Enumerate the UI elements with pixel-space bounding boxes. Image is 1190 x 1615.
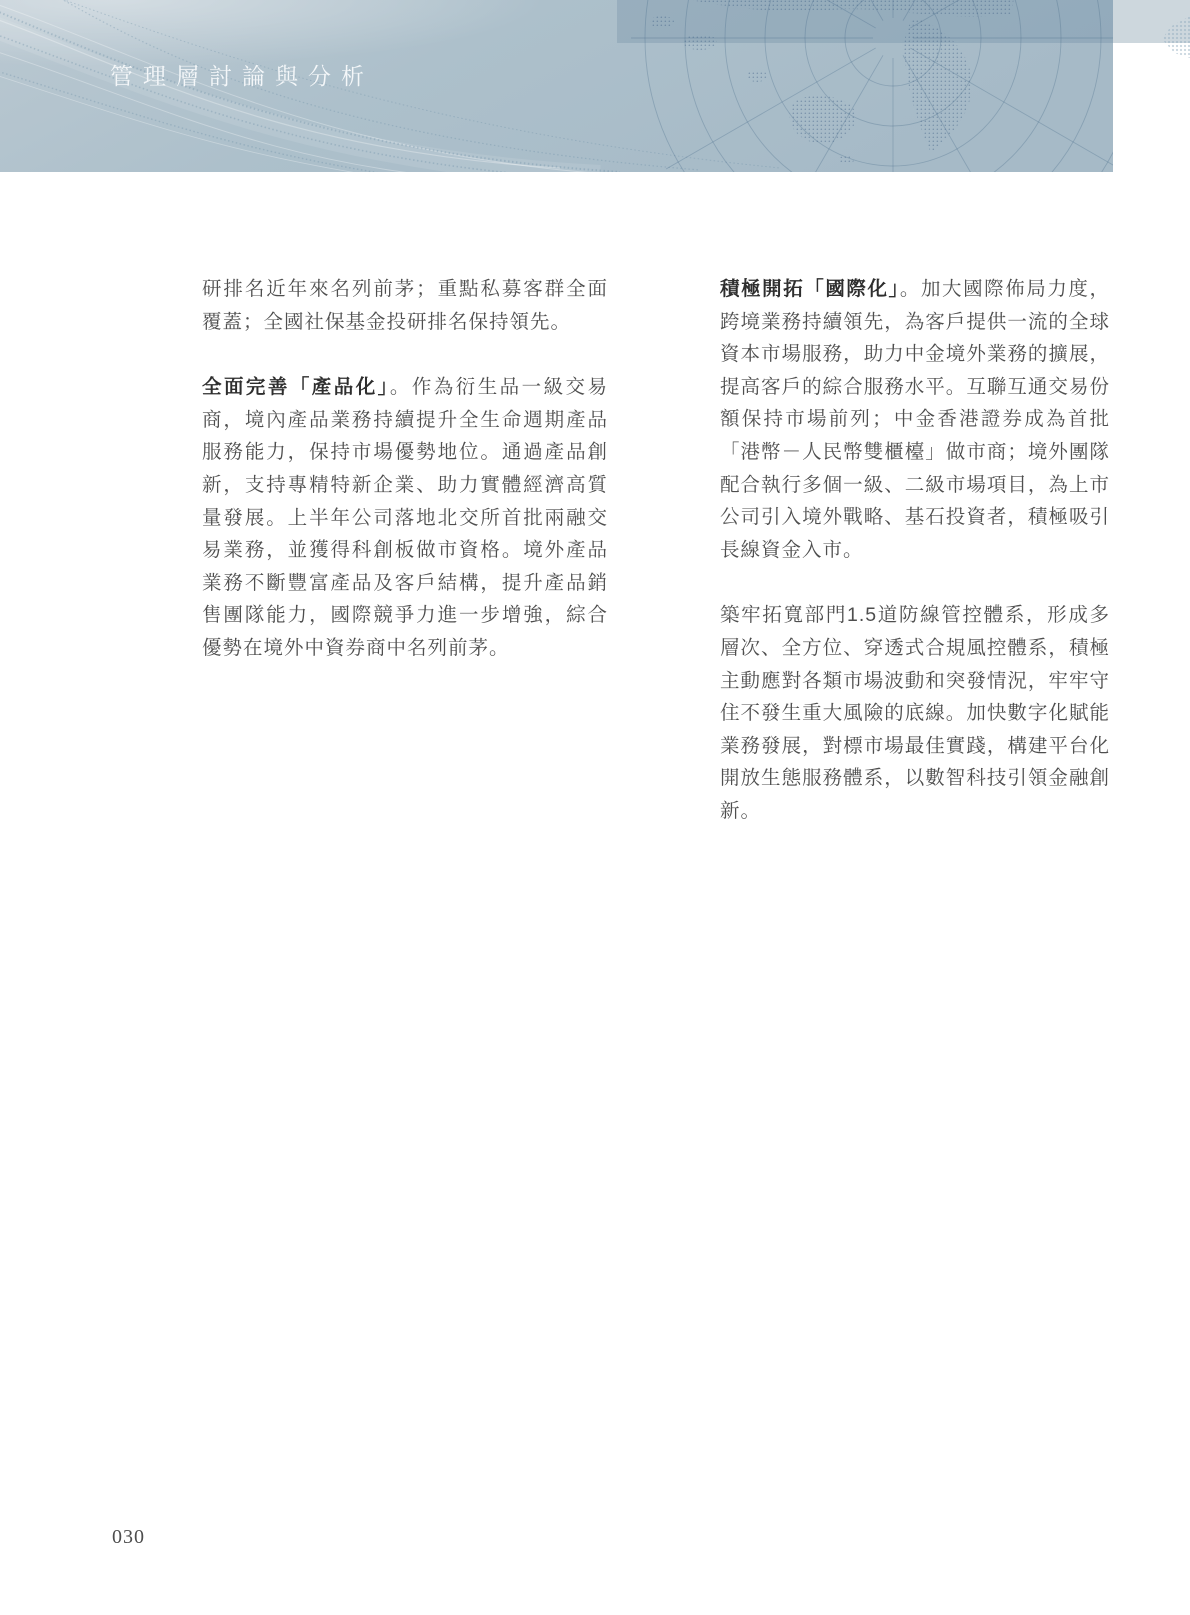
paragraph-right-1-bold-lead: 積極開拓「國際化」 — [720, 278, 900, 300]
paragraph-right-1-text: 。加大國際佈局力度，跨境業務持續領先，為客戶提供一流的全球資本市場服務，助力中金… — [720, 278, 1110, 561]
report-page: 管理層討論與分析 研排名近年來名列前茅；重點私募客群全面覆蓋；全國社保基金投研排… — [0, 0, 1190, 1615]
paragraph-right-1: 積極開拓「國際化」。加大國際佈局力度，跨境業務持續領先，為客戶提供一流的全球資本… — [720, 273, 1110, 566]
paragraph-left-2-bold-lead: 全面完善「產品化」 — [202, 376, 390, 398]
paragraph-right-2: 築牢拓寬部門1.5道防線管控體系，形成多層次、全方位、穿透式合規風控體系，積極主… — [720, 599, 1110, 827]
paragraph-left-2-text: 。作為衍生品一級交易商，境內產品業務持續提升全生命週期產品服務能力，保持市場優勢… — [202, 376, 608, 659]
paragraph-left-1: 研排名近年來名列前茅；重點私募客群全面覆蓋；全國社保基金投研排名保持領先。 — [202, 273, 608, 338]
paragraph-left-1-text: 研排名近年來名列前茅；重點私募客群全面覆蓋；全國社保基金投研排名保持領先。 — [202, 278, 608, 333]
left-column: 研排名近年來名列前茅；重點私募客群全面覆蓋；全國社保基金投研排名保持領先。 全面… — [202, 273, 608, 665]
right-column: 積極開拓「國際化」。加大國際佈局力度，跨境業務持續領先，為客戶提供一流的全球資本… — [720, 273, 1110, 828]
page-title: 管理層討論與分析 — [110, 58, 374, 91]
header-banner: 管理層討論與分析 — [0, 0, 1113, 172]
paragraph-right-2-text: 築牢拓寬部門1.5道防線管控體系，形成多層次、全方位、穿透式合規風控體系，積極主… — [720, 604, 1110, 822]
paragraph-left-2: 全面完善「產品化」。作為衍生品一級交易商，境內產品業務持續提升全生命週期產品服務… — [202, 371, 608, 664]
page-number: 030 — [112, 1526, 145, 1549]
